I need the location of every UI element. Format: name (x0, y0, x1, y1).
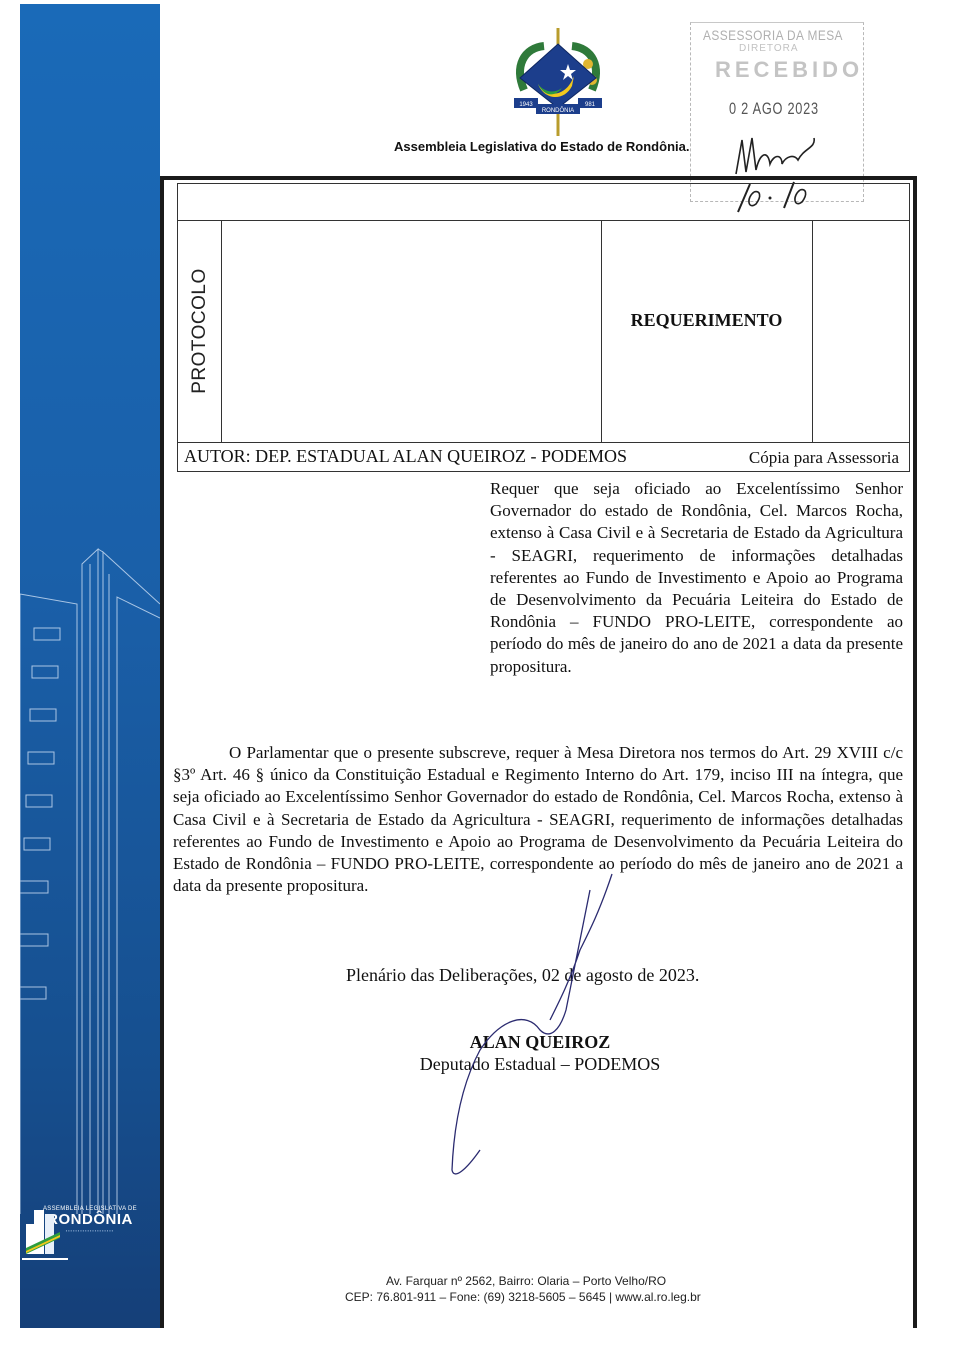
handwritten-initials-icon (730, 124, 830, 180)
frame-top-border (160, 176, 917, 180)
rondonia-coat-of-arms-icon: 1943 981 RONDÔNIA (510, 26, 606, 138)
protocol-table: PROTOCOLO REQUERIMENTO AUTOR: DEP. ESTAD… (177, 183, 910, 472)
protocol-label-cell: PROTOCOLO (178, 220, 221, 442)
footer-contact: CEP: 76.801-911 – Fone: (69) 3218-5605 –… (345, 1290, 701, 1304)
svg-text:981: 981 (585, 102, 596, 108)
document-type: REQUERIMENTO (602, 310, 811, 331)
svg-text:1943: 1943 (519, 102, 533, 108)
institution-name: Assembleia Legislativa do Estado de Rond… (394, 139, 689, 154)
author-line: AUTOR: DEP. ESTADUAL ALAN QUEIROZ - PODE… (184, 446, 627, 467)
stamp-date: 0 2 AGO 2023 (729, 99, 819, 119)
stamp-department-line2: DIRETORA (739, 43, 799, 54)
assembly-building-icon (20, 1204, 70, 1262)
table-divider (601, 220, 602, 442)
copy-note: Cópia para Assessoria (749, 448, 899, 468)
frame-right-border (913, 176, 917, 1328)
svg-text:RONDÔNIA: RONDÔNIA (542, 107, 574, 114)
table-divider (178, 442, 909, 443)
protocol-label: PROTOCOLO (189, 268, 211, 394)
ementa-paragraph: Requer que seja oficiado ao Excelentíssi… (490, 478, 903, 678)
sidebar-banner: ASSEMBLEIA LEGISLATIVA DE RONDÔNIA ▪▪▪▪▪… (20, 4, 160, 1328)
signature-icon (440, 870, 620, 1190)
building-outline-icon (20, 4, 160, 1328)
sidebar-logo: ASSEMBLEIA LEGISLATIVA DE RONDÔNIA ▪▪▪▪▪… (20, 1204, 160, 1233)
frame-left-border (160, 176, 164, 1328)
table-divider (221, 220, 222, 442)
footer-address: Av. Farquar nº 2562, Bairro: Olaria – Po… (386, 1274, 666, 1288)
stamp-status: RECEBIDO (715, 57, 863, 83)
table-divider (178, 220, 909, 221)
stamp-department: ASSESSORIA DA MESA (703, 27, 843, 43)
table-divider (812, 220, 813, 442)
